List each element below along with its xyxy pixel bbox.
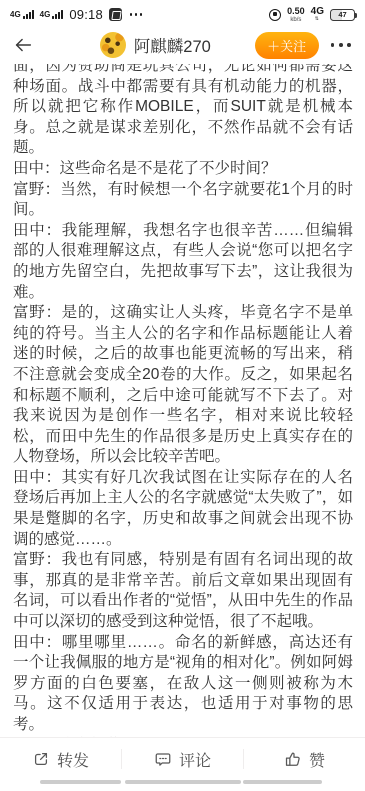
post-paragraph: 田中：我能理解，我想名字也很辛苦……但编辑部的人很难理解这点，有些人会说“您可以… [13,221,353,303]
data-usage-icon [269,9,281,21]
network-type-icon: 4G ⇅ [311,7,324,22]
poster-identity[interactable]: 阿麒麟270 [56,32,255,58]
repost-icon [32,750,50,768]
back-button[interactable] [12,30,42,60]
sim1-signal-icon: 4G [10,10,34,19]
poster-username[interactable]: 阿麒麟270 [134,33,211,57]
like-thumbs-up-icon [284,750,302,768]
status-more-notifications-icon [130,13,143,16]
weibo-post-detail-screen: 面，因为赞助商是玩具公司，无论如何都需要这种场面。战斗中都需要有具有机动能力的机… [0,0,365,791]
post-paragraph: 富野：我也有同感，特别是有固有名词出现的故事，那真的是非常辛苦。前后文章如果出现… [13,550,353,632]
more-options-button[interactable] [329,37,353,53]
post-paragraph: 面，因为赞助商是玩具公司，无论如何都需要这种场面。战斗中都需要有具有机动能力的机… [13,56,353,159]
follow-button[interactable]: ＋关注 [255,32,319,59]
post-body-text: 面，因为赞助商是玩具公司，无论如何都需要这种场面。战斗中都需要有具有机动能力的机… [13,56,353,756]
status-time: 09:18 [69,7,103,22]
post-paragraph: 富野：是的，这确实让人头疼，毕竟名字不是单纯的符号。当主人公的名字和作品标题能让… [13,303,353,468]
post-paragraph: 田中：这些命名是不是花了不少时间？ [13,159,353,180]
like-button[interactable]: 赞 [244,738,365,780]
status-bar: 4G 4G 09:18 0.50 kb/s 4G [0,0,365,26]
bottom-edge-bars [0,780,365,784]
avatar[interactable] [100,32,126,58]
back-arrow-icon [12,34,34,56]
status-notification-app-icon [109,8,122,21]
bottom-toolbar: 转发 评论 赞 [0,737,365,791]
comment-button[interactable]: 评论 [122,738,243,780]
repost-label: 转发 [57,748,89,771]
post-paragraph: 富野：当然，有时候想一个名字就要花1个月的时间。 [13,180,353,221]
battery-icon: 47 [330,9,355,21]
network-speed: 0.50 kb/s [287,7,305,23]
nav-bar: 阿麒麟270 ＋关注 [0,26,365,64]
sim2-signal-icon: 4G [40,10,64,19]
comment-label: 评论 [179,748,211,771]
header: 4G 4G 09:18 0.50 kb/s 4G [0,0,365,64]
repost-button[interactable]: 转发 [0,738,121,780]
post-paragraph: 田中：哪里哪里……。命名的新鲜感，高达还有一个让我佩服的地方是“视角的相对化”。… [13,633,353,736]
comment-icon [154,750,172,768]
like-label: 赞 [309,748,325,771]
post-paragraph: 田中：其实有好几次我试图在让实际存在的人名登场后再加上主人公的名字就感觉“太失败… [13,468,353,550]
